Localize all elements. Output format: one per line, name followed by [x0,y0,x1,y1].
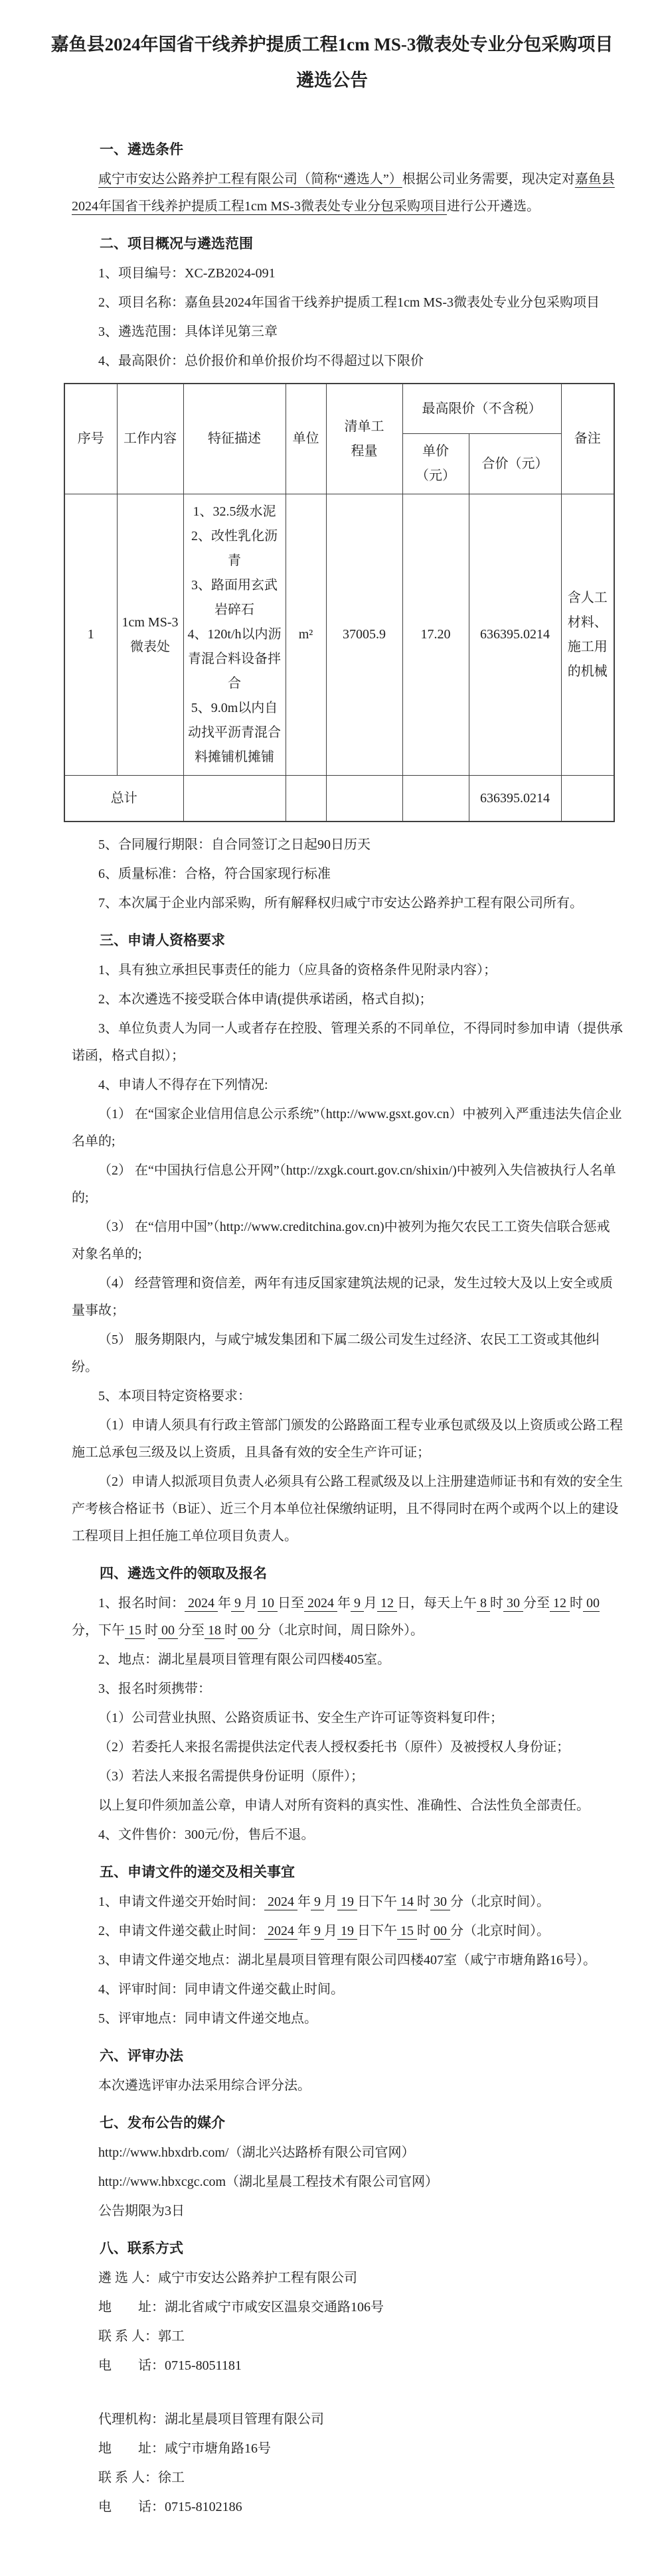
review-time-item: 4、评审时间：同申请文件递交截止时间。 [72,1976,623,2003]
specific-qualification-2: （2）申请人拟派项目负责人必须具有公路工程贰级及以上注册建造师证书和有效的安全生… [72,1468,623,1550]
selector-contact-person: 联 系 人：郭工 [72,2323,623,2350]
section-8-heading: 八、联系方式 [72,2234,623,2262]
announcement-document: 嘉鱼县2024年国省干线养护提质工程1cm MS-3微表处专业分包采购项目 遴选… [0,0,664,2576]
underlined-text: 19 [337,1924,357,1938]
cell-grand-total-price: 636395.0214 [469,776,561,822]
qualification-item-1: 1、具有独立承担民事责任的能力（应具备的资格条件见附录内容）； [72,957,623,984]
th-serial-number: 序号 [64,384,117,494]
section-4-heading: 四、遴选文件的领取及报名 [72,1559,623,1587]
cell-total-features-empty [183,776,286,822]
underlined-text: 00 [430,1924,450,1938]
plain-text: 日下午 [357,1924,397,1938]
selector-name: 遴 选 人：咸宁市安达公路养护工程有限公司 [72,2265,623,2292]
plain-text: 2、申请文件递交截止时间： [98,1924,264,1938]
underlined-text: 12 [550,1596,570,1610]
agency-contact-group: 代理机构：湖北星晨项目管理有限公司 地 址：咸宁市塘角路16号 联 系 人：徐工… [72,2406,623,2521]
review-place-item: 5、评审地点：同申请文件递交地点。 [72,2005,623,2033]
cell-unit: m² [286,494,326,776]
bring-item-2: （2）若委托人来报名需提供法定代表人授权委托书（原件）及被授权人身份证； [72,1734,623,1761]
plain-text: 分（北京时间）。 [450,1924,550,1938]
media-url-2: http://www.hbxcgc.com（湖北星晨工程技术有限公司官网） [72,2169,623,2196]
th-work-content: 工作内容 [117,384,183,494]
blacklist-item-1: （1） 在“国家企业信用信息公示系统”（http://www.gsxt.gov.… [72,1101,623,1155]
underlined-text: 00 [158,1623,178,1638]
project-name-item: 2、项目名称：嘉鱼县2024年国省干线养护提质工程1cm MS-3微表处专业分包… [72,289,623,317]
section-3-heading: 三、申请人资格要求 [72,926,623,954]
underlined-text: 2024 [264,1895,297,1909]
underlined-text: 9 [311,1924,324,1938]
qualification-item-2: 2、本次遴选不接受联合体申请(提供承诺函，格式自拟)； [72,986,623,1013]
plain-text: 时 [145,1623,158,1638]
section-2-heading: 二、项目概况与遴选范围 [72,230,623,257]
plain-text: 月 [324,1924,337,1938]
cell-total-quantity-empty [326,776,402,822]
registration-bring-item: 3、报名时须携带： [72,1676,623,1703]
agency-contact-person: 联 系 人：徐工 [72,2465,623,2492]
underlined-text: 00 [583,1596,600,1610]
underlined-text: 10 [258,1596,278,1610]
price-limit-table: 序号 工作内容 特征描述 单位 清单工 程量 最高限价（不含税） 备注 单价 （… [64,383,615,822]
plain-text: 根据公司业务需要，现决定对 [402,172,575,186]
blacklist-item-2: （2） 在“中国执行信息公开网”（http://zxgk.court.gov.c… [72,1157,623,1212]
underlined-text: 18 [205,1623,224,1638]
submission-start-time-item: 1、申请文件递交开始时间： 2024 年 9 月 19 日下午 14 时 30 … [72,1889,623,1916]
plain-text: 月 [364,1596,377,1610]
cell-total-label: 总计 [64,776,183,822]
plain-text: 时 [417,1924,430,1938]
plain-text: 日至 [278,1596,304,1610]
th-unit: 单位 [286,384,326,494]
table-total-row: 总计 636395.0214 [64,776,614,822]
agency-name: 代理机构：湖北星晨项目管理有限公司 [72,2406,623,2433]
copies-stamp-note: 以上复印件须加盖公章，申请人对所有资料的真实性、准确性、合法性负全部责任。 [72,1792,623,1820]
cell-total-remark-empty [561,776,614,822]
cell-remark: 含人工 材料、 施工用 的机械 [561,494,614,776]
selector-phone: 电 话：0715-8051181 [72,2352,623,2380]
contract-duration-item: 5、合同履行期限：自合同签订之日起90日历天 [72,831,623,859]
registration-time-item: 1、报名时间： 2024 年 9 月 10 日至 2024 年 9 月 12 日… [72,1590,623,1644]
underlined-text: 咸宁市安达公路养护工程有限公司（简称“遴选人”） [98,172,402,186]
underlined-text: 15 [125,1623,145,1638]
selector-contact-group: 遴 选 人：咸宁市安达公路养护工程有限公司 地 址：湖北省咸宁市咸安区温泉交通路… [72,2265,623,2380]
underlined-text: 2024 [304,1596,337,1610]
plain-text: 进行公开遴选。 [447,199,540,214]
plain-text: 年 [337,1596,351,1610]
plain-text: 年 [297,1895,311,1909]
announcement-period: 公告期限为3日 [72,2198,623,2225]
th-total-price: 合价（元） [469,434,561,494]
underlined-text: 8 [477,1596,490,1610]
blacklist-item-4: （4） 经营管理和资信差，两年有违反国家建筑法规的记录，发生过较大及以上安全或质… [72,1270,623,1324]
project-number-item: 1、项目编号：XC-ZB2024-091 [72,260,623,287]
plain-text: 年 [297,1924,311,1938]
plain-text: 1、报名时间： [98,1596,185,1610]
underlined-text: 9 [311,1895,324,1909]
page-title-line1: 嘉鱼县2024年国省干线养护提质工程1cm MS-3微表处专业分包采购项目 [41,27,623,62]
cell-feature-description: 1、32.5级水泥 2、改性乳化沥青 3、路面用玄武岩碎石 4、120t/h以内… [183,494,286,776]
agency-address: 地 址：咸宁市塘角路16号 [72,2435,623,2463]
plain-text: 1、申请文件递交开始时间： [98,1895,264,1909]
underlined-text: 30 [430,1895,450,1909]
cell-total-price: 636395.0214 [469,494,561,776]
plain-text: 分，下午 [72,1623,125,1638]
blacklist-item-3: （3） 在“信用中国”（http://www.creditchina.gov.c… [72,1214,623,1268]
submission-deadline-item: 2、申请文件递交截止时间： 2024 年 9 月 19 日下午 15 时 00 … [72,1918,623,1945]
page-title: 嘉鱼县2024年国省干线养护提质工程1cm MS-3微表处专业分包采购项目 遴选… [41,27,623,98]
bring-item-3: （3）若法人来报名需提供身份证明（原件）； [72,1763,623,1790]
underlined-text: 12 [377,1596,397,1610]
qualification-item-3: 3、单位负责人为同一人或者存在控股、管理关系的不同单位，不得同时参加申请（提供承… [72,1015,623,1070]
underlined-text: 9 [351,1596,364,1610]
document-price-item: 4、文件售价：300元/份，售后不退。 [72,1822,623,1849]
table-row: 1 1cm MS-3 微表处 1、32.5级水泥 2、改性乳化沥青 3、路面用玄… [64,494,614,776]
plain-text: 日，每天上午 [397,1596,477,1610]
th-remark: 备注 [561,384,614,494]
underlined-text: 2024 [185,1596,218,1610]
submission-place-item: 3、申请文件递交地点：湖北星晨项目管理有限公司四楼407室（咸宁市塘角路16号）… [72,1947,623,1974]
section-6-heading: 六、评审办法 [72,2042,623,2070]
quality-standard-item: 6、质量标准：合格，符合国家现行标准 [72,861,623,888]
underlined-text: 2024 [264,1924,297,1938]
plain-text: 分至 [178,1623,205,1638]
qualification-item-4: 4、申请人不得存在下列情况: [72,1072,623,1099]
agency-phone: 电 话：0715-8102186 [72,2494,623,2521]
cell-total-unit-price-empty [402,776,469,822]
media-url-1: http://www.hbxdrb.com/（湖北兴达路桥有限公司官网） [72,2139,623,2167]
th-quantity: 清单工 程量 [326,384,402,494]
plain-text: 时 [570,1596,583,1610]
cell-total-unit-empty [286,776,326,822]
plain-text: 月 [324,1895,337,1909]
plain-text: 时 [490,1596,503,1610]
th-max-price-group: 最高限价（不含税） [402,384,561,434]
underlined-text: 9 [231,1596,244,1610]
specific-qualification-item: 5、本项目特定资格要求： [72,1383,623,1410]
plain-text: 分至 [523,1596,550,1610]
registration-place-item: 2、地点：湖北星晨项目管理有限公司四楼405室。 [72,1646,623,1674]
bring-item-1: （1）公司营业执照、公路资质证书、安全生产许可证等资料复印件； [72,1705,623,1732]
plain-text: 月 [244,1596,258,1610]
page-title-line2: 遴选公告 [41,62,623,98]
selection-scope-item: 3、遴选范围：具体详见第三章 [72,319,623,346]
underlined-text: 19 [337,1895,357,1909]
th-unit-price: 单价 （元） [402,434,469,494]
underlined-text: 00 [238,1623,258,1638]
section-1-heading: 一、遴选条件 [72,135,623,163]
cell-unit-price: 17.20 [402,494,469,776]
plain-text: 日下午 [357,1895,397,1909]
blacklist-item-5: （5） 服务期限内，与咸宁城发集团和下属二级公司发生过经济、农民工工资或其他纠纷… [72,1326,623,1381]
review-method-paragraph: 本次遴选评审办法采用综合评分法。 [72,2072,623,2100]
th-feature-description: 特征描述 [183,384,286,494]
plain-text: 时 [417,1895,430,1909]
selector-address: 地 址：湖北省咸宁市咸安区温泉交通路106号 [72,2294,623,2321]
selection-condition-paragraph: 咸宁市安达公路养护工程有限公司（简称“遴选人”）根据公司业务需要，现决定对嘉鱼县… [72,166,623,220]
cell-quantity: 37005.9 [326,494,402,776]
underlined-text: 30 [503,1596,523,1610]
specific-qualification-1: （1）申请人须具有行政主管部门颁发的公路路面工程专业承包贰级及以上资质或公路工程… [72,1412,623,1467]
section-7-heading: 七、发布公告的媒介 [72,2109,623,2137]
cell-work-content: 1cm MS-3 微表处 [117,494,183,776]
max-price-item: 4、最高限价：总价报价和单价报价均不得超过以下限价 [72,348,623,375]
plain-text: 时 [224,1623,238,1638]
cell-serial-number: 1 [64,494,117,776]
plain-text: 年 [218,1596,231,1610]
plain-text: 分（北京时间）。 [450,1895,550,1909]
section-5-heading: 五、申请文件的递交及相关事宜 [72,1858,623,1886]
internal-procurement-item: 7、本次属于企业内部采购，所有解释权归咸宁市安达公路养护工程有限公司所有。 [72,890,623,917]
plain-text: 分（北京时间，周日除外）。 [258,1623,424,1638]
underlined-text: 14 [397,1895,417,1909]
underlined-text: 15 [397,1924,417,1938]
